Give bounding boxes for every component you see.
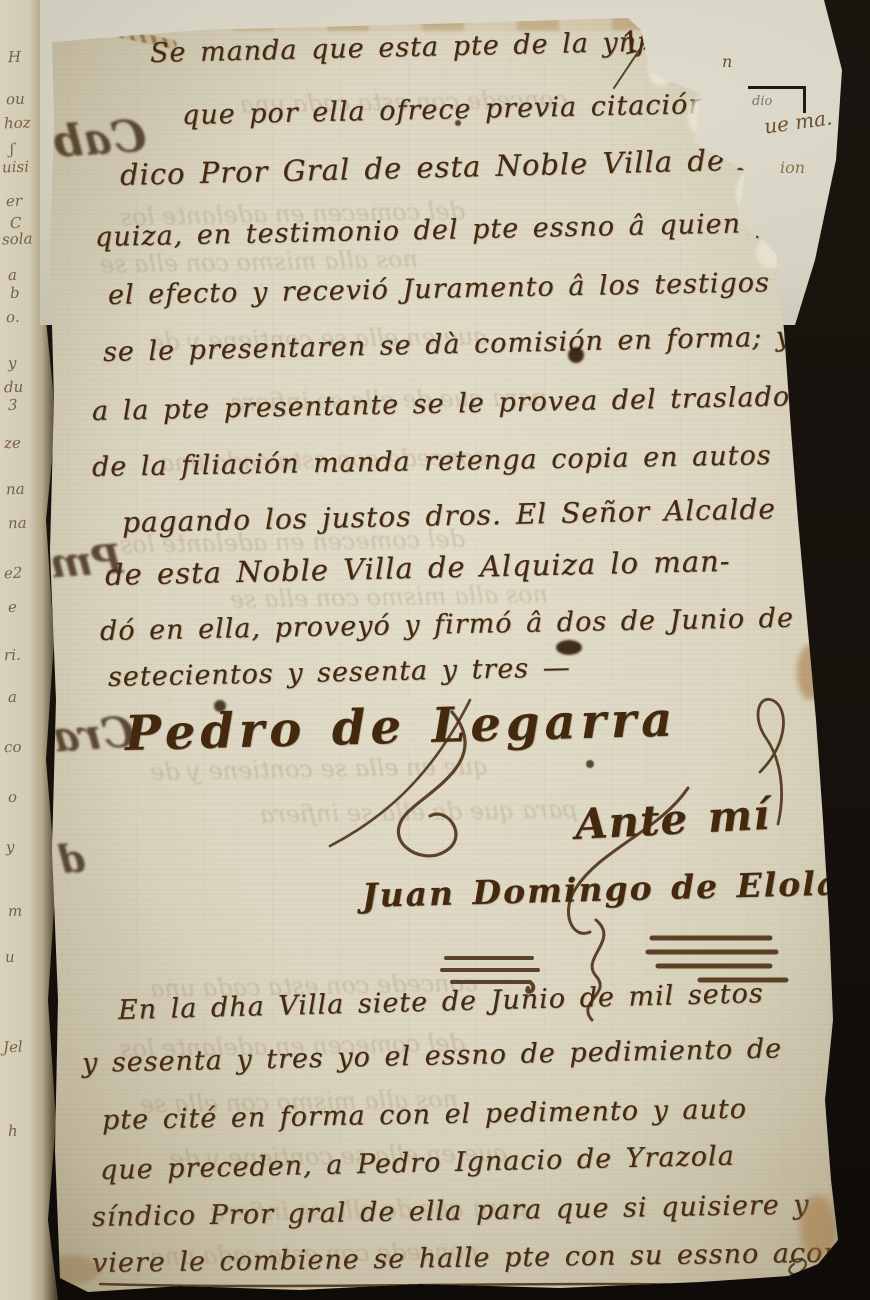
decree-line: Se manda que esta pte de la ynformn (150, 25, 725, 69)
decree-line: dico Pror Gral de esta Noble Villa de Al… (120, 142, 783, 192)
decree-line: pagando los justos dros. El Señor Alcald… (122, 492, 777, 539)
edge-fragment: u (5, 948, 15, 966)
edge-fragment: na (8, 514, 27, 533)
edge-fragment: y (6, 838, 15, 856)
signature-juan-domingo-de-elola: Juan Domingo de Elola (361, 863, 840, 915)
edge-fragment: sola (2, 229, 33, 248)
manuscript-page: concede con esta cada una del comecen en… (0, 0, 870, 1300)
torn-fragment: dio (752, 94, 772, 109)
rubric-scribble-right (648, 938, 786, 980)
edge-fragment: e2 (4, 564, 23, 583)
edge-fragment: uisi (2, 158, 30, 177)
ink-showthrough-heavy: Cra (50, 707, 136, 762)
edge-fragment: m (8, 902, 23, 920)
diligencia-line: síndico Pror gral de ella para que si qu… (92, 1189, 810, 1233)
ink-showthrough: para que de ella se infiera (260, 795, 578, 829)
stain (797, 645, 823, 700)
edge-fragment: b (10, 284, 20, 302)
printed-corner-bracket-vertical (803, 86, 806, 113)
edge-fragment: ou (6, 90, 25, 109)
edge-fragment: co (4, 738, 22, 757)
edge-fragment: 3 (8, 396, 18, 414)
edge-fragment: a (8, 266, 18, 284)
decree-line: setecientos y sesenta y tres — (108, 652, 571, 693)
decree-line: a la pte presentante se le provea del tr… (92, 381, 791, 427)
ante-mi-attestation: Ante mí (574, 790, 772, 849)
edge-fragment: y (8, 354, 17, 372)
ink-showthrough-heavy: d (56, 835, 86, 882)
printed-corner-bracket-horizontal (748, 86, 806, 89)
decree-line: dó en ella, proveyó y firmó â dos de Jun… (100, 602, 854, 647)
edge-fragment: na (6, 480, 25, 499)
torn-fragment: ue ma. (763, 105, 834, 138)
edge-fragment: H (8, 48, 22, 66)
manuscript-photo: H ou hoz ʃ uisi er C sola a b o. y du 3 … (0, 0, 870, 1300)
edge-fragment: a (8, 688, 18, 706)
edge-fragment: Jel (3, 1038, 23, 1057)
edge-fragment: er (6, 192, 23, 211)
ink-speck (586, 760, 594, 768)
edge-fragment: o. (6, 308, 20, 326)
torn-fragment: n (722, 52, 732, 71)
edge-fragment: o (8, 788, 18, 806)
edge-fragment: ʃ (10, 140, 15, 158)
edge-fragment: ri. (4, 646, 21, 665)
edge-fragment: hoz (4, 114, 31, 133)
decree-line: de la filiación manda retenga copia en a… (92, 440, 772, 483)
edge-fragment: ze (4, 434, 21, 453)
edge-fragment: e (8, 598, 18, 616)
closing-underline (100, 1284, 758, 1286)
edge-fragment: du (4, 378, 24, 397)
edge-fragment: h (8, 1122, 18, 1140)
signature-pedro-de-legarra: Pedro de Legarra (124, 692, 678, 762)
torn-fragment: ion (780, 158, 805, 177)
